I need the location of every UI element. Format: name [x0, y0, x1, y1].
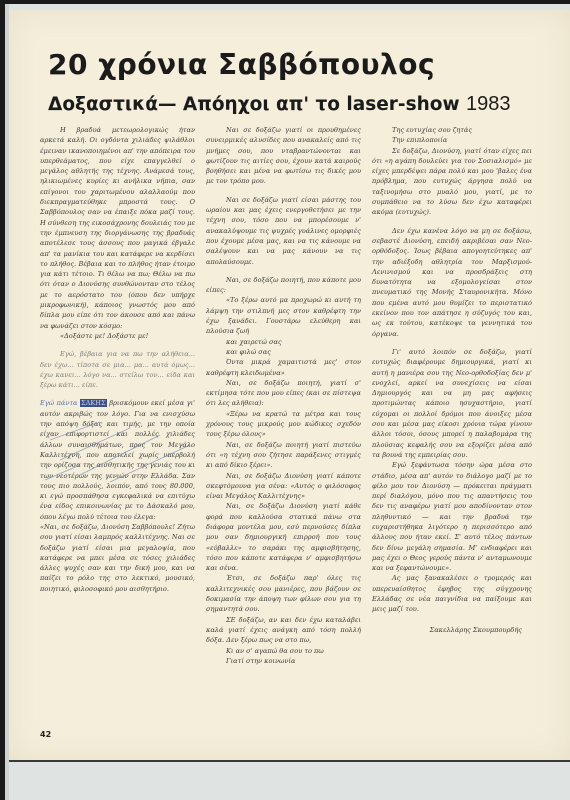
handwritten-note: Εγώ πάντα [40, 399, 77, 407]
quote-paragraph: «Ξέρω να κρατώ τα μέτρα και τους χρόνους… [206, 409, 361, 440]
paragraph: Σε δοξάζω, Διονύση, γιατί όταν είχες πει… [372, 146, 532, 218]
paragraph: Γι' αυτό λοιπόν σε δοξάζω, γιατί ευτυχώς… [372, 347, 532, 460]
verse-line: Της ευτυχίας σου ζητάς [372, 125, 532, 135]
verse-line: Την επιπλοποιία [372, 135, 532, 145]
column-left: Η βραδυά μετεωρολογικώς ήταν αρκετά καλή… [40, 125, 195, 594]
highlighted-text: ΣΑΚΗΣ [80, 399, 107, 407]
verse-line: και χαιρετώ σας [206, 337, 361, 347]
paragraph: «Ναι, σε δοξάζω, Διονύση Σαββόπουλε! Ζήτ… [40, 522, 195, 594]
quote-paragraph: Όντα μικρά χαμαιτιστά μες' στον καθρέφτη… [206, 357, 361, 378]
subtitle-year: 1983 [466, 93, 511, 115]
verse-line: Γιατί στην κοινωνία [206, 656, 361, 666]
paragraph: Ναι, σε δοξάζω ποιητή, που κάποτε μου εί… [206, 275, 361, 296]
paragraph: Ναι, σε δοξάζω Διονύση γιατί κάθε φορά π… [206, 501, 361, 573]
scribbled-paragraph: Εγώ, βέβαια για να πω την αλήθεια... δεν… [40, 349, 195, 390]
paragraph: ΣΕ δοξάζω, αν και δεν έχω καταλάβει καλά… [206, 615, 361, 646]
page-number: 42 [40, 730, 51, 739]
column-right: Της ευτυχίας σου ζητάς Την επιπλοποιία Σ… [372, 125, 532, 635]
paragraph: Η βραδυά μετεωρολογικώς ήταν αρκετά καλή… [40, 125, 195, 331]
column-middle: Ναι σε δοξάζω γιατί οι προυθημένες συνει… [206, 125, 361, 666]
quote-paragraph: «Το ξέρω αυτό μα προχωρώ κι αυτή τη λάμψ… [206, 295, 361, 336]
paragraph-with-annotation: Εγώ πάντα ΣΑΚΗΣ βρισκόμουν εκεί μέσα γι'… [40, 398, 195, 522]
verse-line: και φιλώ σας [206, 347, 361, 357]
paragraph: Ας μας ξανακαλέσει ο τρομερός και υπερευ… [372, 573, 532, 614]
article-title: 20 χρόνια Σαββόπουλος [48, 48, 435, 81]
paragraph-text: βρισκόμουν εκεί μέσα γι' αυτόν ακριβώς τ… [40, 399, 195, 520]
author-signature: Σακελλάρης Σκουμπουρδής [372, 625, 532, 635]
paragraph: Δεν έχω κανένα λόγο να μη σε δοξάσω, σεβ… [372, 226, 532, 339]
scan-frame-top [0, 0, 570, 4]
paragraph: Ναι σε δοξάζω γιατί είσαι μάστης του ωρα… [206, 195, 361, 267]
paragraph: Ναι, σε δοξάζω ποιητή γιατί πιστεύω ότι … [206, 440, 361, 471]
article-subtitle: Δοξαστικά— Απόηχοι απ' το laser-show 198… [48, 93, 511, 116]
paragraph: Εγώ ξεφάντωσα τόσην ώρα μέσα στο στάδιο,… [372, 460, 532, 573]
paragraph: Έτσι, σε δοξάζω παρ' όλες τις καλλιτεχνι… [206, 573, 361, 614]
subtitle-text: Δοξαστικά— Απόηχοι απ' το laser-show [48, 94, 460, 115]
paragraph: Ναι, σε δοξάζω Διονύση γιατί κάποτε σκεφ… [206, 471, 361, 502]
paragraph: Ναι, σε δοξάζω ποιητή, γιατί σ' εκτίμησα… [206, 378, 361, 409]
paragraph: Ναι σε δοξάζω γιατί οι προυθημένες συνει… [206, 125, 361, 187]
verse-line: Κι αν σ' αγαπώ θα σου το πω [206, 646, 361, 656]
quote-line: «Δοξάστε με! Δοξάστε με! [40, 331, 195, 341]
